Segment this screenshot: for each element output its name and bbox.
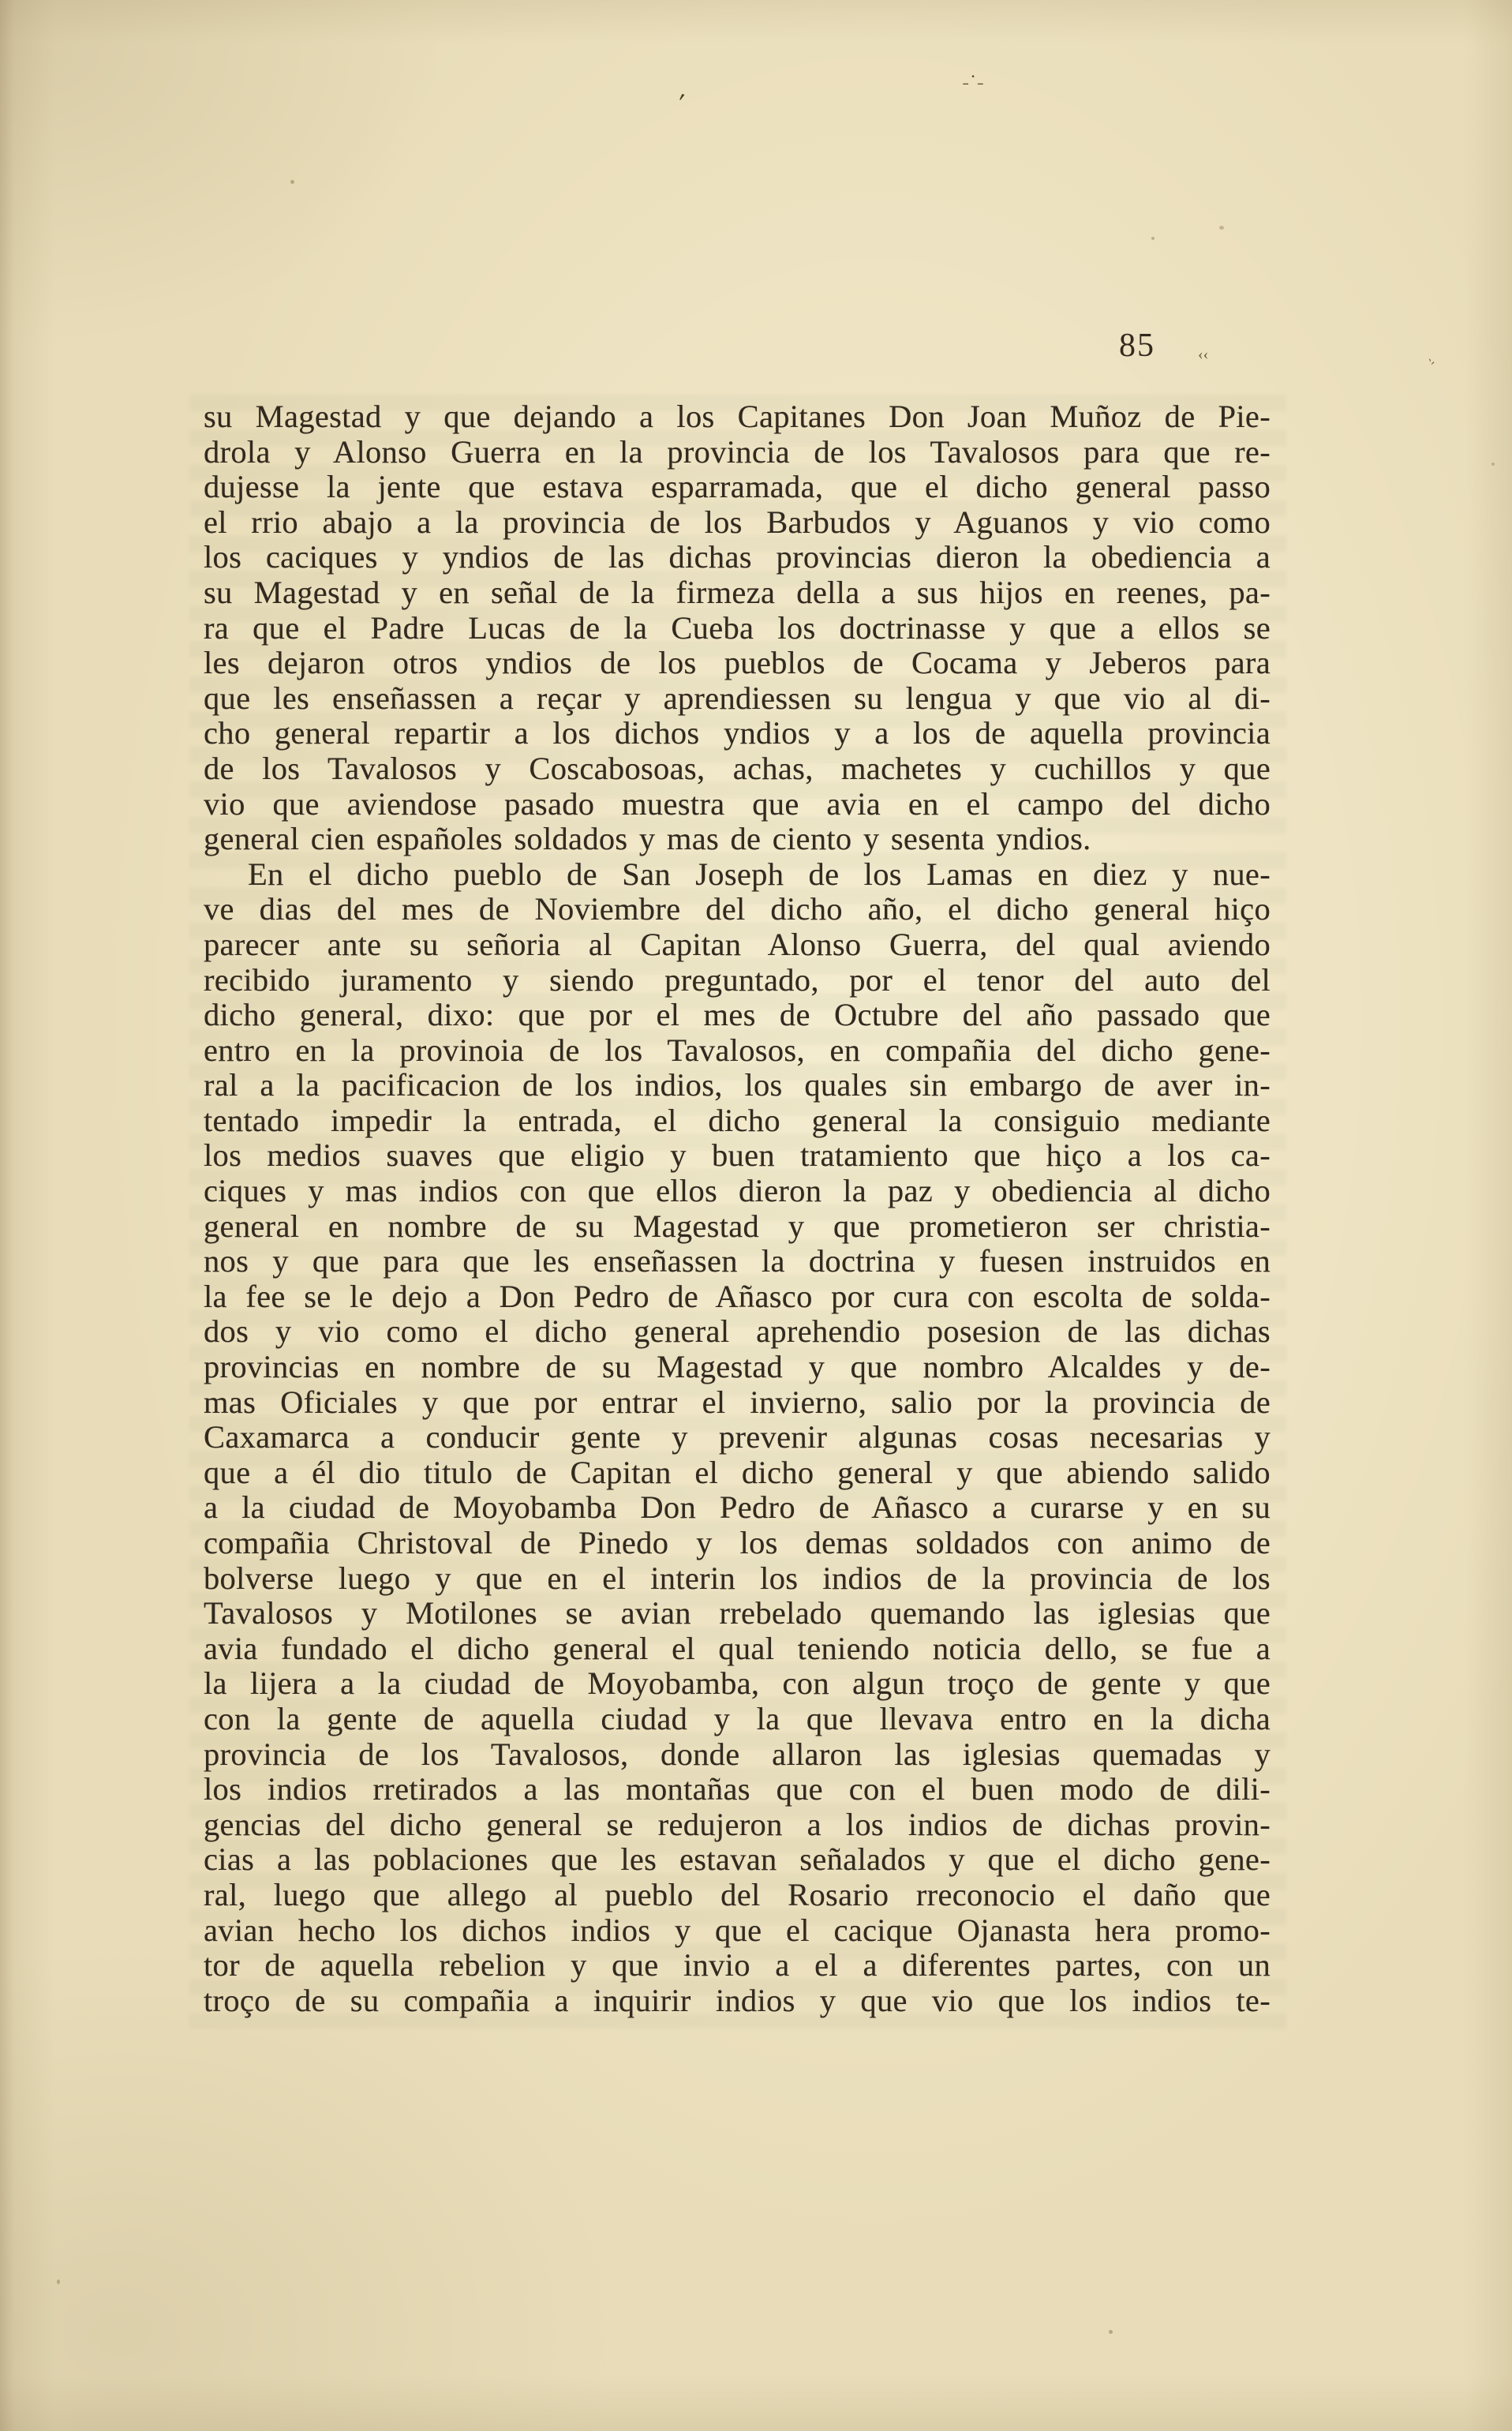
paper-speck: [290, 180, 294, 184]
text-line: la lijera a la ciudad de Moyobamba, con …: [204, 1666, 1271, 1702]
text-line: ra que el Padre Lucas de la Cueba los do…: [204, 611, 1271, 646]
text-line: les dejaron otros yndios de los pueblos …: [204, 646, 1271, 681]
text-line: entro en la provinoia de los Tavalosos, …: [204, 1033, 1271, 1069]
text-line: gencias del dicho general se redujeron a…: [204, 1807, 1271, 1843]
text-line: recibido juramento y siendo preguntado, …: [204, 963, 1271, 998]
ink-speck: ˍ·ˍ: [963, 66, 985, 87]
paper-speck: [1219, 226, 1224, 230]
text-line: que les enseñassen a reçar y aprendiesse…: [204, 681, 1271, 717]
text-line: de los Tavalosos y Coscabosoas, achas, m…: [204, 751, 1271, 787]
text-line: Tavalosos y Motilones se avian rrebelado…: [204, 1596, 1271, 1631]
paper-speck: [1151, 237, 1155, 240]
text-line: el rrio abajo a la provincia de los Barb…: [204, 505, 1271, 541]
text-line: los medios suaves que eligio y buen trat…: [204, 1138, 1271, 1174]
text-line: cias a las poblaciones que les estavan s…: [204, 1842, 1271, 1878]
text-line: tor de aquella rebelion y que invio a el…: [204, 1948, 1271, 1983]
text-line: los indios rretirados a las montañas que…: [204, 1772, 1271, 1807]
text-line: vio que aviendose pasado muestra que avi…: [204, 787, 1271, 822]
text-line: general en nombre de su Magestad y que p…: [204, 1209, 1271, 1245]
text-line: bolverse luego y que en el interin los i…: [204, 1561, 1271, 1597]
text-line: nos y que para que les enseñassen la doc…: [204, 1244, 1271, 1279]
text-line: su Magestad y que dejando a los Capitane…: [204, 399, 1271, 435]
text-line: cho general repartir a los dichos yndios…: [204, 716, 1271, 751]
text-line: dicho general, dixo: que por el mes de O…: [204, 998, 1271, 1033]
text-line: tentado impedir la entrada, el dicho gen…: [204, 1103, 1271, 1139]
text-line: con la gente de aquella ciudad y la que …: [204, 1702, 1271, 1737]
text-line: provincias en nombre de su Magestad y qu…: [204, 1350, 1271, 1385]
text-line: compañia Christoval de Pinedo y los dema…: [204, 1526, 1271, 1561]
text-line: parecer ante su señoria al Capitan Alons…: [204, 927, 1271, 963]
text-line: dujesse la jente que estava esparramada,…: [204, 470, 1271, 505]
text-line: general cien españoles soldados y mas de…: [204, 822, 1271, 857]
text-line: ciques y mas indios con que ellos dieron…: [204, 1174, 1271, 1209]
text-line: provincia de los Tavalosos, donde allaro…: [204, 1737, 1271, 1773]
text-line: En el dicho pueblo de San Joseph de los …: [204, 857, 1271, 893]
text-line: troço de su compañia a inquirir indios y…: [204, 1983, 1271, 2019]
paper-speck: [1491, 463, 1495, 466]
text-line: ral a la pacificacion de los indios, los…: [204, 1068, 1271, 1103]
text-line: dos y vio como el dicho general aprehend…: [204, 1314, 1271, 1350]
text-line: drola y Alonso Guerra en la provincia de…: [204, 435, 1271, 470]
ink-speck: ‹‹: [1198, 346, 1208, 364]
text-line: que a él dio titulo de Capitan el dicho …: [204, 1455, 1271, 1491]
text-line: la fee se le dejo a Don Pedro de Añasco …: [204, 1279, 1271, 1315]
text-line: Caxamarca a conducir gente y prevenir al…: [204, 1420, 1271, 1455]
text-line: a la ciudad de Moyobamba Don Pedro de Añ…: [204, 1490, 1271, 1526]
body-text: su Magestad y que dejando a los Capitane…: [204, 399, 1271, 2018]
text-line: avian hecho los dichos indios y que el c…: [204, 1913, 1271, 1949]
text-line: avia fundado el dicho general el qual te…: [204, 1631, 1271, 1667]
page-number: 85: [1119, 327, 1155, 365]
text-line: ral, luego que allego al pueblo del Rosa…: [204, 1878, 1271, 1913]
text-line: mas Oficiales y que por entrar el invier…: [204, 1385, 1271, 1421]
text-line: los caciques y yndios de las dichas prov…: [204, 540, 1271, 575]
text-line: ve dias del mes de Noviembre del dicho a…: [204, 892, 1271, 927]
paper-speck: [1109, 2330, 1113, 2334]
paper-speck: [57, 2279, 60, 2284]
text-line: su Magestad y en señal de la firmeza del…: [204, 575, 1271, 611]
